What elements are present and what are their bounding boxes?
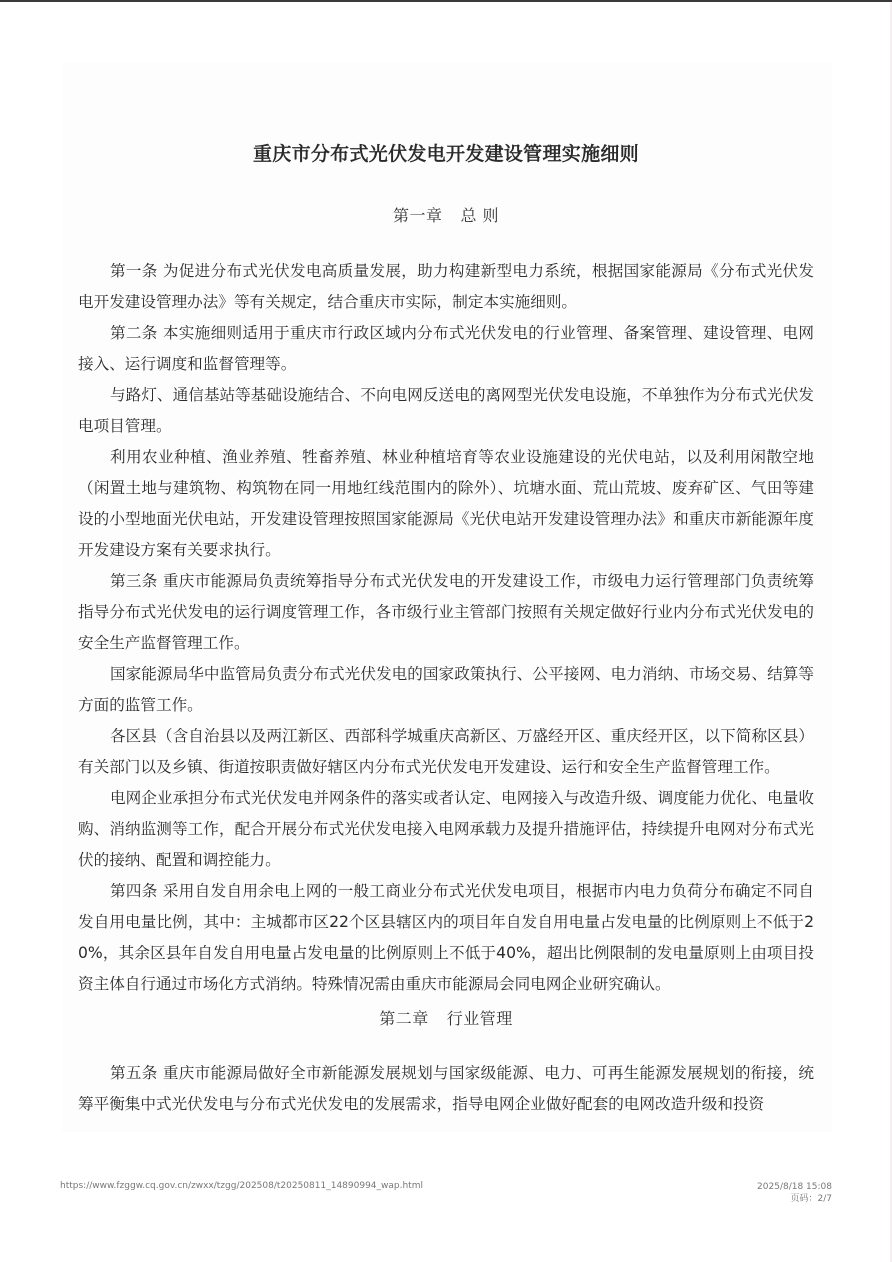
article-3-para-2: 国家能源局华中监管局负责分布式光伏发电的国家政策执行、公平接网、电力消纳、市场交… xyxy=(78,659,814,721)
footer-datetime: 2025/8/18 15:08 xyxy=(757,1181,832,1193)
article-5: 第五条 重庆市能源局做好全市新能源发展规划与国家级能源、电力、可再生能源发展规划… xyxy=(78,1058,814,1120)
footer-meta: 2025/8/18 15:08 页码：2/7 xyxy=(757,1181,832,1205)
footer-url: https://www.fzggw.cq.gov.cn/zwxx/tzgg/20… xyxy=(60,1181,423,1191)
chapter-2-name: 行业管理 xyxy=(447,1009,513,1028)
article-2: 第二条 本实施细则适用于重庆市行政区域内分布式光伏发电的行业管理、备案管理、建设… xyxy=(78,318,814,380)
chapter-2-body: 第五条 重庆市能源局做好全市新能源发展规划与国家级能源、电力、可再生能源发展规划… xyxy=(78,1058,814,1120)
top-border xyxy=(0,0,892,2)
article-3-para-4: 电网企业承担分布式光伏发电并网条件的落实或者认定、电网接入与改造升级、调度能力优… xyxy=(78,783,814,876)
chapter-1-heading: 第一章总 则 xyxy=(0,203,892,226)
page-number: 页码：2/7 xyxy=(757,1193,832,1205)
document-title: 重庆市分布式光伏发电开发建设管理实施细则 xyxy=(0,139,892,166)
chapter-1-number: 第一章 xyxy=(393,206,443,225)
chapter-1-body: 第一条 为促进分布式光伏发电高质量发展，助力构建新型电力系统，根据国家能源局《分… xyxy=(78,256,814,1000)
article-3: 第三条 重庆市能源局负责统筹指导分布式光伏发电的开发建设工作，市级电力运行管理部… xyxy=(78,566,814,659)
article-2-para-2: 与路灯、通信基站等基础设施结合、不向电网反送电的离网型光伏发电设施，不单独作为分… xyxy=(78,380,814,442)
article-3-para-3: 各区县（含自治县以及两江新区、西部科学城重庆高新区、万盛经开区、重庆经开区，以下… xyxy=(78,721,814,783)
chapter-2-heading: 第二章行业管理 xyxy=(0,1006,892,1029)
article-2-para-3: 利用农业种植、渔业养殖、牲畜养殖、林业种植培育等农业设施建设的光伏电站，以及利用… xyxy=(78,442,814,566)
article-1: 第一条 为促进分布式光伏发电高质量发展，助力构建新型电力系统，根据国家能源局《分… xyxy=(78,256,814,318)
article-4: 第四条 采用自发自用余电上网的一般工商业分布式光伏发电项目，根据市内电力负荷分布… xyxy=(78,876,814,1000)
chapter-2-number: 第二章 xyxy=(379,1009,429,1028)
chapter-1-name: 总 则 xyxy=(460,206,499,225)
